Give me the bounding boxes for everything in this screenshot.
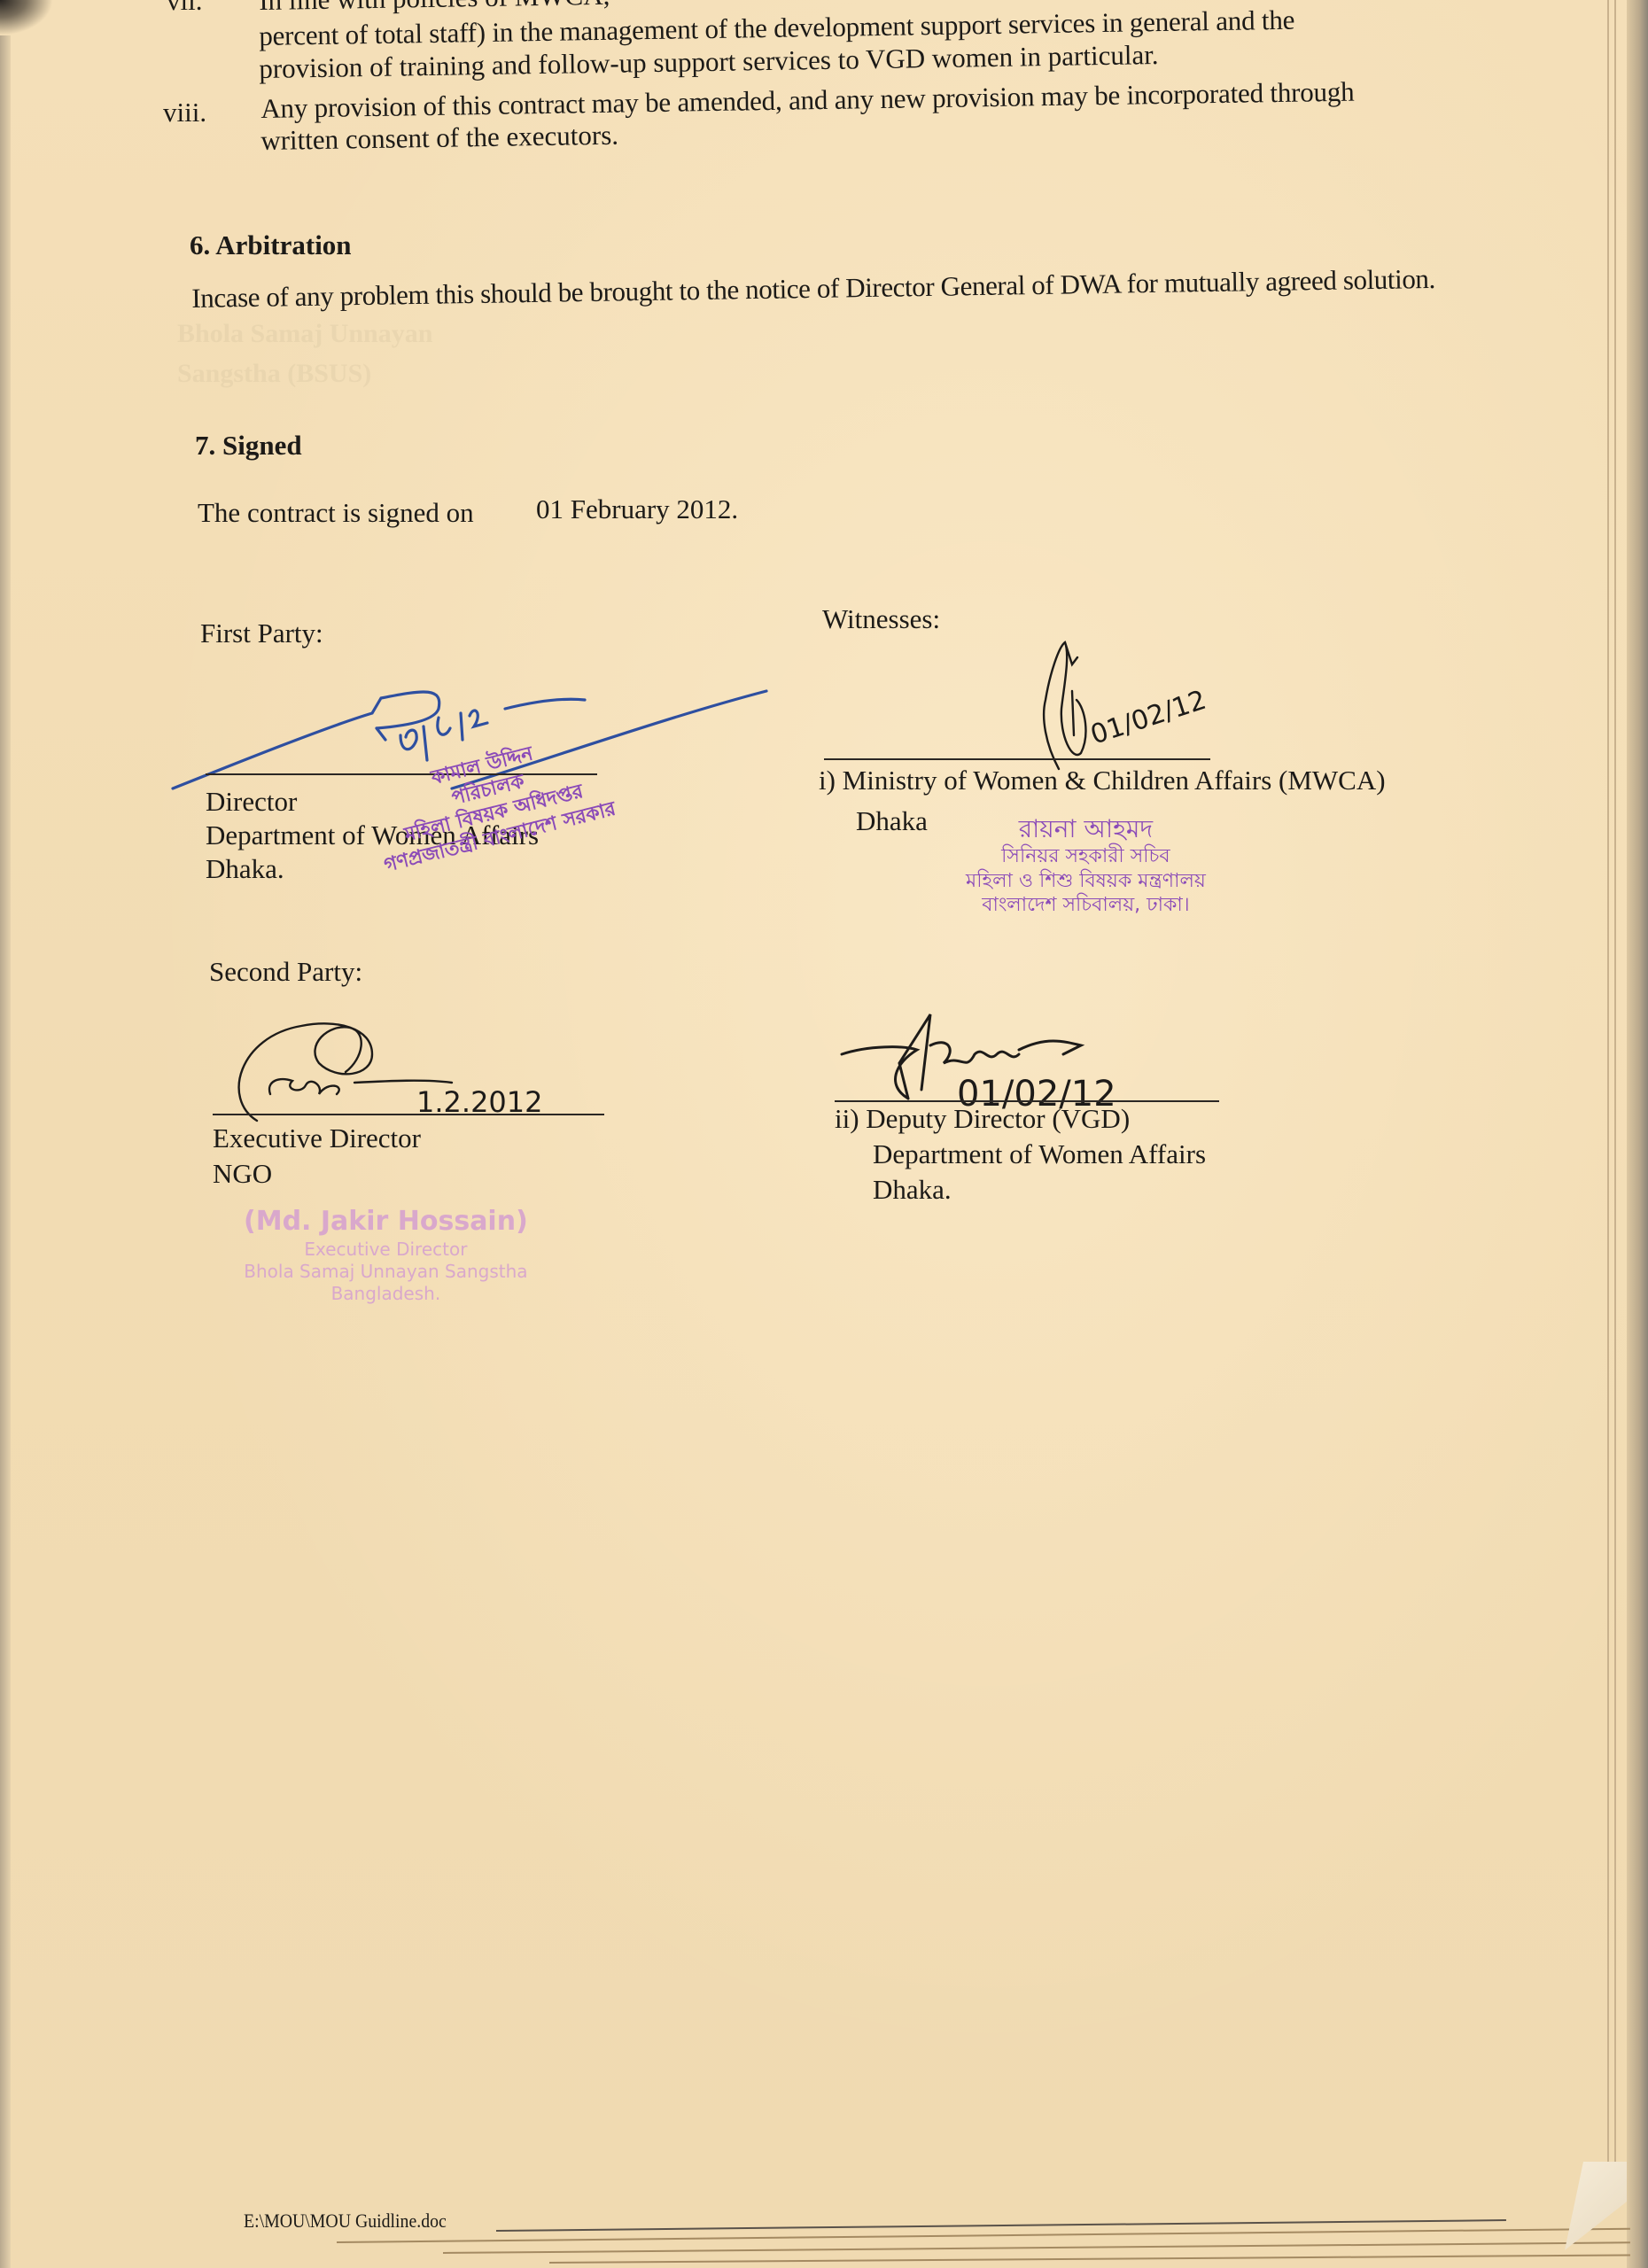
stamp-line: Bhola Samaj Unnayan Sangstha (244, 1261, 528, 1283)
witness-2-city: Dhaka. (873, 1173, 952, 1206)
stamp-line: (Md. Jakir Hossain) (244, 1205, 528, 1239)
signed-date: 01 February 2012. (536, 493, 738, 525)
signature-line (824, 758, 1210, 760)
clause-marker: vii. (167, 0, 202, 17)
page-left-edge (0, 35, 11, 2268)
bleed-through-text: Sangstha (BSUS) (177, 359, 371, 389)
footer-file-path: E:\MOU\MOU Guidline.doc (244, 2210, 447, 2233)
stamp-line: বাংলাদেশ সচিবালয়, ঢাকা। (966, 893, 1206, 918)
section-heading: 6. Arbitration (190, 229, 352, 261)
stamp-line: মহিলা ও শিশু বিষয়ক মন্ত্রণালয় (966, 869, 1206, 894)
second-party-label: Second Party: (209, 955, 362, 988)
witness-1-signature: 01/02/12 (1010, 638, 1223, 771)
stamp-line: Executive Director (244, 1239, 528, 1261)
witness-1-date: 01/02/12 (1087, 685, 1210, 751)
first-party-label: First Party: (200, 617, 323, 649)
page-stack-edge (1614, 0, 1616, 2171)
second-party-signature: 1.2.2012 (230, 1010, 602, 1125)
official-stamp-witness-1: রায়না আহমদ সিনিয়র সহকারী সচিব মহিলা ও … (966, 813, 1206, 918)
party-title: Executive Director (213, 1122, 421, 1154)
signature-line (213, 1114, 604, 1115)
bleed-through-text: Bhola Samaj Unnayan (177, 319, 432, 349)
witness-1-city: Dhaka (856, 804, 928, 837)
stamp-line: Bangladesh. (244, 1283, 528, 1305)
witness-1-title: i) Ministry of Women & Children Affairs … (819, 764, 1386, 796)
party-organization: NGO (213, 1157, 272, 1190)
signed-on-label: The contract is signed on (198, 496, 474, 529)
page-stack-edge (1607, 0, 1609, 2171)
witness-2-title: ii) Deputy Director (VGD) (835, 1102, 1130, 1135)
scan-corner-shadow (0, 0, 53, 35)
stamp-line: সিনিয়র সহকারী সচিব (966, 844, 1206, 869)
party-title: Director (206, 785, 297, 818)
section-heading: 7. Signed (195, 429, 302, 462)
clause-text-line: written consent of the executors. (260, 119, 618, 158)
official-stamp-second-party: (Md. Jakir Hossain) Executive Director B… (244, 1205, 528, 1305)
witnesses-label: Witnesses: (822, 602, 940, 635)
party-city: Dhaka. (206, 852, 284, 885)
stamp-line: রায়না আহমদ (966, 813, 1206, 844)
witness-2-organization: Department of Women Affairs (873, 1138, 1206, 1170)
clause-marker: viii. (163, 96, 206, 128)
page-right-edge (1627, 0, 1648, 2268)
